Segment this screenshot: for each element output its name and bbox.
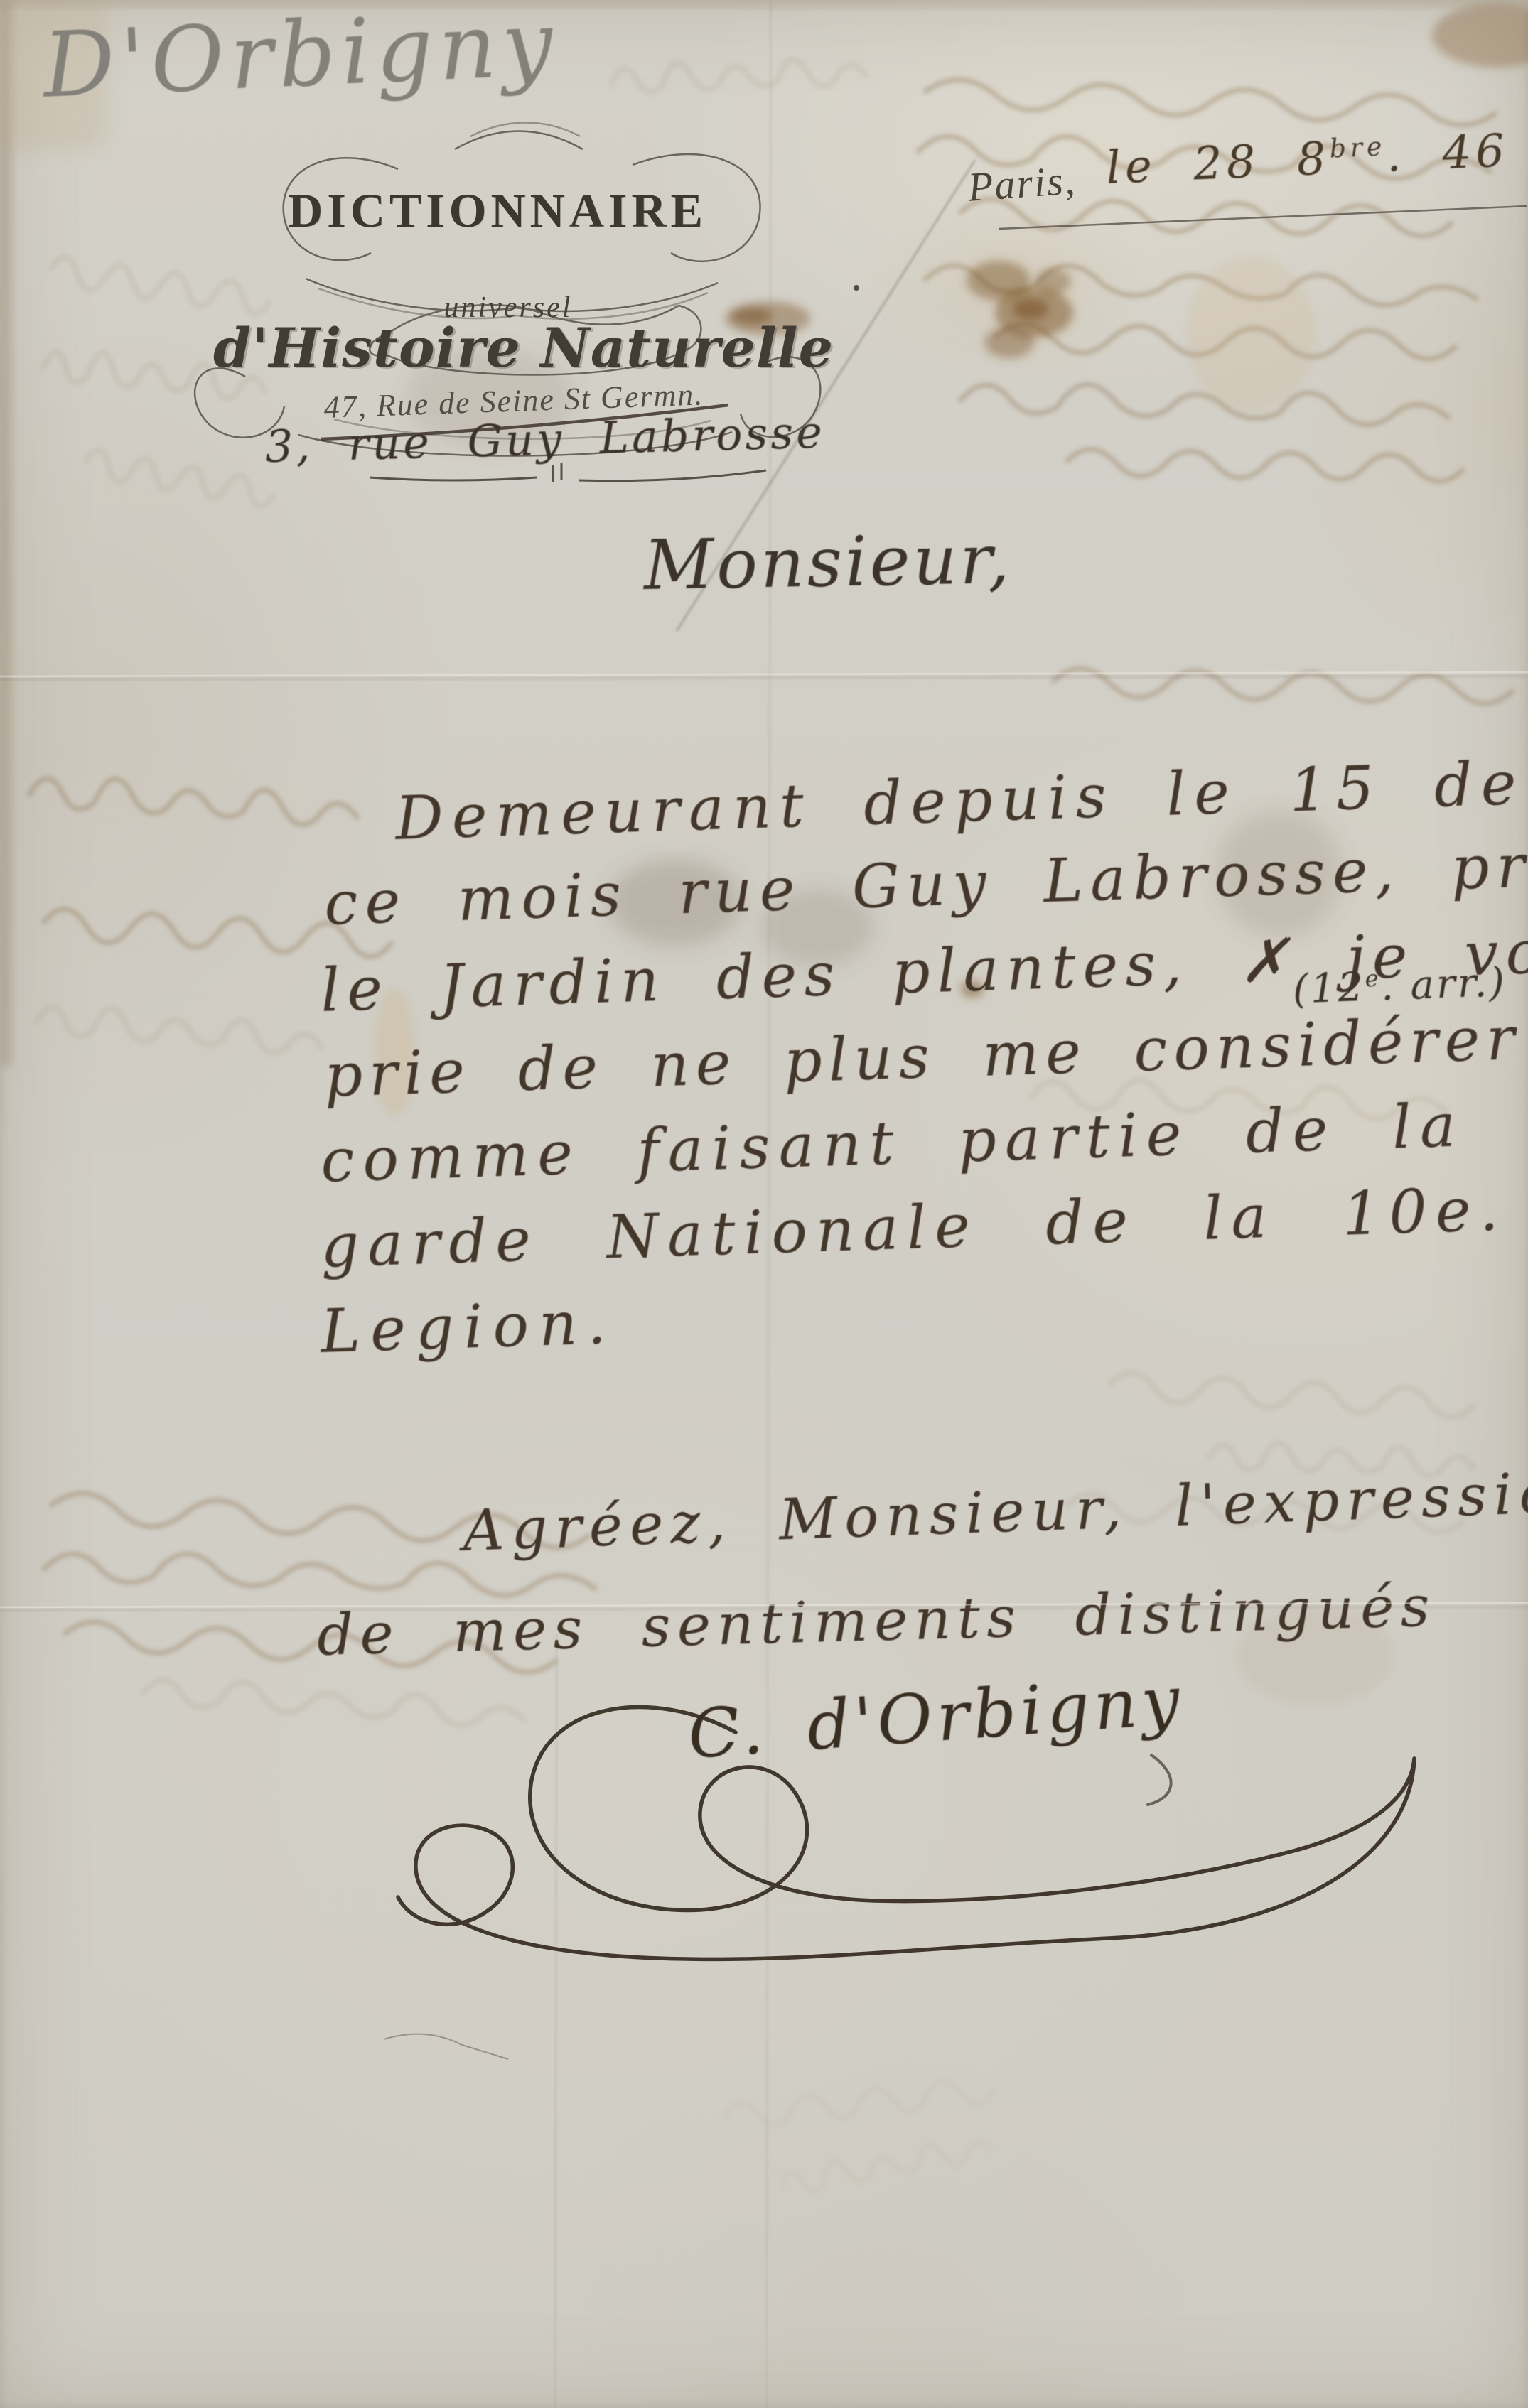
address-underline [370, 463, 766, 482]
address-strikethrough [321, 405, 728, 439]
signature-paraph [398, 1707, 1414, 1960]
scratch-mark [384, 2034, 508, 2059]
date-rule [999, 206, 1527, 229]
fold-creases [0, 0, 1528, 2408]
surface-marks-layer [0, 0, 1528, 2408]
letter-page: D'Orbigny DICTIONNAIRE universel d'Histo… [0, 0, 1528, 2408]
diagonal-crease [677, 160, 975, 631]
